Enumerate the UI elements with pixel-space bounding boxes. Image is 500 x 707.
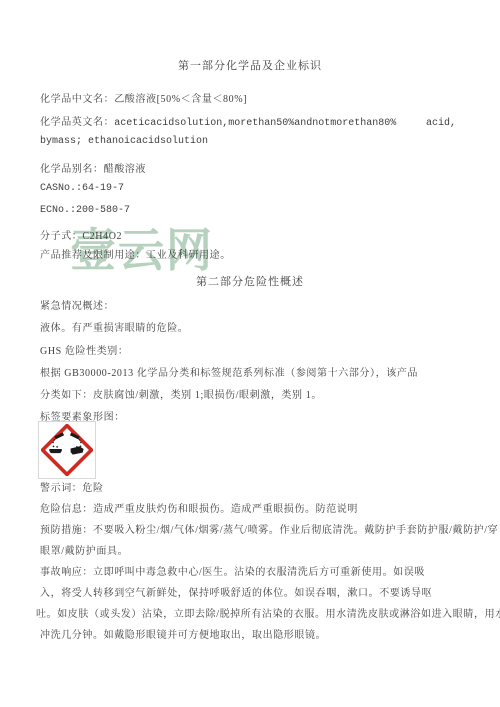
- field-molecular-formula: 分子式：C2H4O2: [40, 227, 122, 242]
- emergency-overview-label: 紧急情况概述：: [40, 297, 114, 312]
- prevention-cont: 眼罩/戴防护面具。: [40, 542, 128, 557]
- response-line1: 事故响应：立即呼叫中毒急救中心/医生。沾染的衣服清洗后方可重新使用。如误吸: [40, 563, 425, 578]
- hazard-statement: 危险信息：造成严重皮肤灼伤和眼损伤。造成严重眼损伤。防范说明: [40, 500, 358, 515]
- section1-heading: 第一部分化学品及企业标识: [0, 57, 500, 73]
- field-cas-number: CASNo.:64-19-7: [40, 183, 124, 194]
- ghs-corrosive-pictogram-icon: [38, 421, 96, 479]
- english-name-label: 化学品英文名：: [40, 117, 114, 128]
- ghs-class-label: GHS 危险性类别：: [40, 342, 129, 357]
- prevention-main: 预防措施：不要吸入粉尘/烟/气体/烟雾/蒸气/喷雾。作业后彻底清洗。戴防护手套防…: [40, 521, 484, 536]
- field-chinese-name: 化学品中文名：乙酸溶液[50%＜含量＜80%]: [40, 90, 247, 105]
- emergency-overview-text: 液体。有严重损害眼睛的危险。: [40, 319, 188, 334]
- msds-document-page: 壹云网 第一部分化学品及企业标识 化学品中文名：乙酸溶液[50%＜含量＜80%]…: [0, 0, 500, 707]
- field-recommended-use: 产品推荐及限制用途：工业及科研用途。: [40, 246, 231, 261]
- field-english-name: 化学品英文名：aceticacidsolution,morethan50%and…: [40, 113, 456, 129]
- field-english-name-cont: bymass; ethanoicacidsolution: [40, 136, 208, 147]
- response-line2: 入，将受人转移到空气新鲜处，保持呼吸舒适的体位。如误吞咽，漱口。不要诱导呕: [40, 584, 432, 599]
- field-ec-number: ECNo.:200-580-7: [40, 205, 130, 216]
- prevention-tail: /穿: [484, 521, 498, 536]
- english-name-tail: acid,: [426, 118, 456, 129]
- ghs-class-line2: 分类如下：皮肤腐蚀/刺激，类别 1;眼损伤/眼刺激，类别 1。: [40, 386, 322, 401]
- response-line4: 冲洗几分钟。如戴隐形眼镜并可方便地取出，取出隐形眼镜。: [40, 626, 326, 641]
- english-name-left: 化学品英文名：aceticacidsolution,morethan50%and…: [40, 113, 396, 129]
- signal-word: 警示词：危险: [40, 479, 104, 494]
- ghs-class-line1: 根据 GB30000-2013 化学品分类和标签规范系列标准（参阅第十六部分），…: [40, 364, 418, 379]
- prevention-line: 预防措施：不要吸入粉尘/烟/气体/烟雾/蒸气/喷雾。作业后彻底清洗。戴防护手套防…: [40, 521, 456, 536]
- section2-heading: 第二部分危险性概述: [0, 273, 500, 289]
- english-name-main: aceticacidsolution,morethan50%andnotmore…: [114, 118, 396, 129]
- response-line3: 吐。如皮肤（或头发）沾染，立即去除/脱掉所有沾染的衣服。用水清洗皮肤或淋浴如进入…: [36, 605, 500, 620]
- field-alias: 化学品别名：醋酸溶液: [40, 160, 146, 175]
